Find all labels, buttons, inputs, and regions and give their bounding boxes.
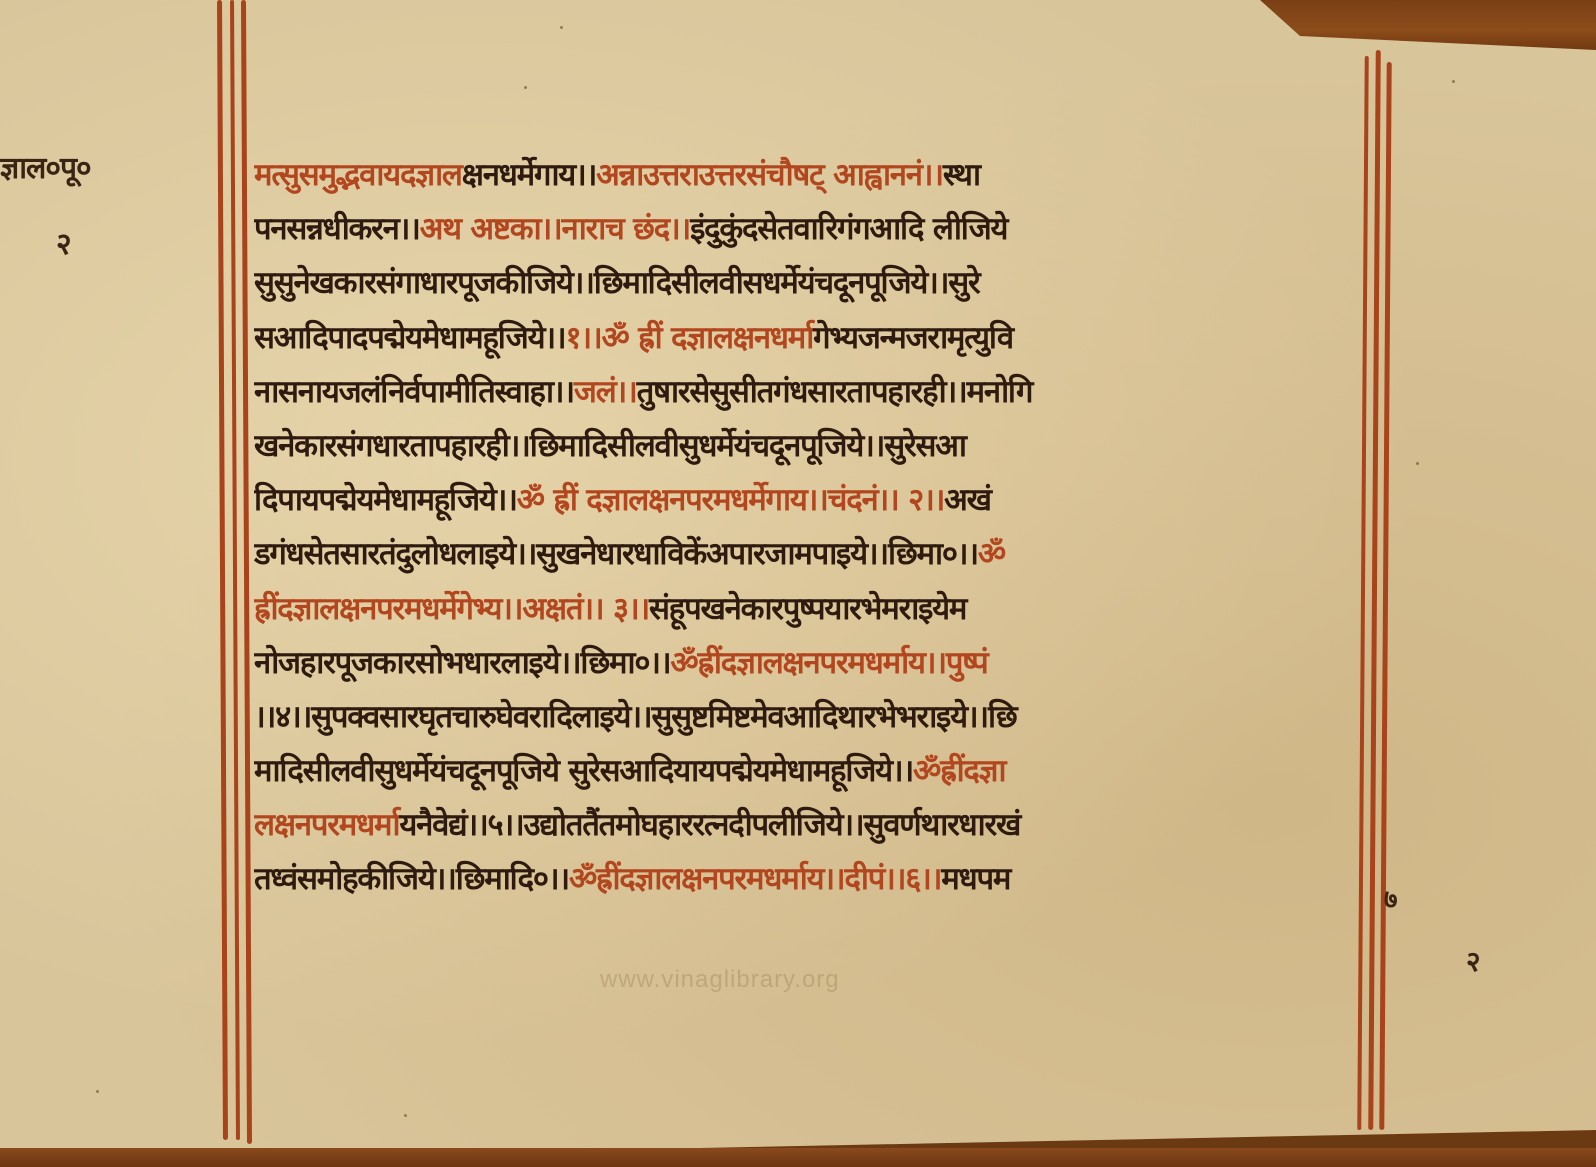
body-text: ।।४।।सुपक्वसारघृतचारुघेवरादिलाइये।।सुसुष… [254,699,1017,735]
right-margin-mark: ७ [1384,880,1398,916]
manuscript-line: नासनायजलंनिर्वपामीतिस्वाहा।।जलं।।तुषारसे… [254,365,1382,419]
body-text: खनेकारसंगधारतापहारही।।छिमादिसीलवीसुधर्मे… [254,428,966,464]
manuscript-line: सुसुनेखकारसंगाधारपूजकीजिये।।छिमादिसीलवीस… [254,256,1382,310]
body-text: डगंधसेतसारतंदुलोधलाइये।।सुखनेधारधाविकेंअ… [254,536,978,572]
rubric-text: ॐ [978,536,1005,572]
body-text: अखं [944,482,991,518]
paper-speck [1452,80,1455,83]
manuscript-text-block: मत्सुसमुद्भवायदज्ञालक्षनधर्मेगाय।।अन्नाउ… [254,148,1382,907]
manuscript-line: ह्रींदज्ञालक्षनपरमधर्मेगेभ्य।।अक्षतं।। ३… [254,582,1382,636]
wooden-surface-bottom [0,1148,1596,1167]
rubric-text: जलं।। [574,374,637,410]
paper-speck [404,1114,407,1117]
body-text: मादिसीलवीसुधर्मेयंचदूनपूजिये सुरेसआदियाय… [254,753,913,789]
body-text: तुषारसेसुसीतगंधसारतापहारही।।मनोगि [637,374,1033,410]
body-text: संहूपखनेकारपुष्पयारभेमराइयेम [649,591,966,627]
body-text: स्था [943,157,980,193]
body-text: पनसन्नधीकरन।। [254,211,420,247]
rubric-text: ॐह्रींदज्ञा [913,753,1005,789]
body-text: नासनायजलंनिर्वपामीतिस्वाहा।। [254,374,574,410]
manuscript-line: नोजहारपूजकारसोभधारलाइये।।छिमा०।।ॐह्रींदज… [254,636,1382,690]
manuscript-line: सआदिपादपद्मेयमेधामहूजिये।।१।।ॐ ह्रीं दज्… [254,311,1382,365]
manuscript-line: ।।४।।सुपक्वसारघृतचारुघेवरादिलाइये।।सुसुष… [254,690,1382,744]
body-text: क्षनधर्मेगाय।। [462,157,596,193]
paper-speck [96,1090,99,1093]
left-margin-title-abbreviation: ज्ञाल०पू० [0,146,91,187]
body-text: नोजहारपूजकारसोभधारलाइये।।छिमा०।। [254,645,670,681]
rubric-text: ह्रींदज्ञालक्षनपरमधर्मेगेभ्य।।अक्षतं।। ३… [254,591,649,627]
rubric-text: १।।ॐ ह्रीं दज्ञालक्षनधर्मा [565,320,813,356]
manuscript-line: दिपायपद्मेयमेधामहूजिये।।ॐ ह्रीं दज्ञालक्… [254,473,1382,527]
rubric-text: लक्षनपरमधर्मा [254,807,399,843]
manuscript-line: तध्वंसमोहकीजिये।।छिमादि०।।ॐह्रींदज्ञालक्… [254,852,1382,906]
paper-speck [560,26,563,29]
body-text: यनैवेद्यं।।५।।उद्योततैंतमोघहाररत्नदीपलीज… [399,807,1020,843]
body-text: सुसुनेखकारसंगाधारपूजकीजिये।।छिमादिसीलवीस… [254,265,979,301]
body-text: सआदिपादपद्मेयमेधामहूजिये।। [254,320,565,356]
rubric-text: ॐह्रींदज्ञालक्षनपरमधर्माय।।दीपं।।६।। [569,861,941,897]
manuscript-line: मत्सुसमुद्भवायदज्ञालक्षनधर्मेगाय।।अन्नाउ… [254,148,1382,202]
body-text: इंदुकुंदसेतवारिगंगआदि लीजिये [690,211,1007,247]
body-text: मधपम [941,861,1010,897]
rubric-text: ॐ ह्रीं दज्ञालक्षनपरमधर्मेगाय।।चंदनं।। २… [517,482,944,518]
right-margin-folio-number: २ [1466,942,1481,980]
manuscript-line: डगंधसेतसारतंदुलोधलाइये।।सुखनेधारधाविकेंअ… [254,527,1382,581]
rubric-text: अन्नाउत्तराउत्तरसंचौषट् आह्वाननं।। [596,157,943,193]
body-text: दिपायपद्मेयमेधामहूजिये।। [254,482,517,518]
left-margin-folio-number: २ [56,222,72,263]
paper-speck [524,86,527,89]
rubric-text: मत्सुसमुद्भवायदज्ञाल [254,157,462,193]
manuscript-line: मादिसीलवीसुधर्मेयंचदूनपूजिये सुरेसआदियाय… [254,744,1382,798]
rubric-text: अथ अष्टका।।नाराच छंद।। [420,211,690,247]
manuscript-line: लक्षनपरमधर्मायनैवेद्यं।।५।।उद्योततैंतमोघ… [254,798,1382,852]
body-text: गेभ्यजन्मजरामृत्युवि [813,320,1013,356]
body-text: तध्वंसमोहकीजिये।।छिमादि०।। [254,861,569,897]
watermark: www.vinaglibrary.org [600,966,840,994]
manuscript-line: खनेकारसंगधारतापहारही।।छिमादिसीलवीसुधर्मे… [254,419,1382,473]
paper-speck [1416,462,1419,465]
rubric-text: ॐह्रींदज्ञालक्षनपरमधर्माय।।पुष्पं [670,645,987,681]
manuscript-line: पनसन्नधीकरन।।अथ अष्टका।।नाराच छंद।।इंदुक… [254,202,1382,256]
